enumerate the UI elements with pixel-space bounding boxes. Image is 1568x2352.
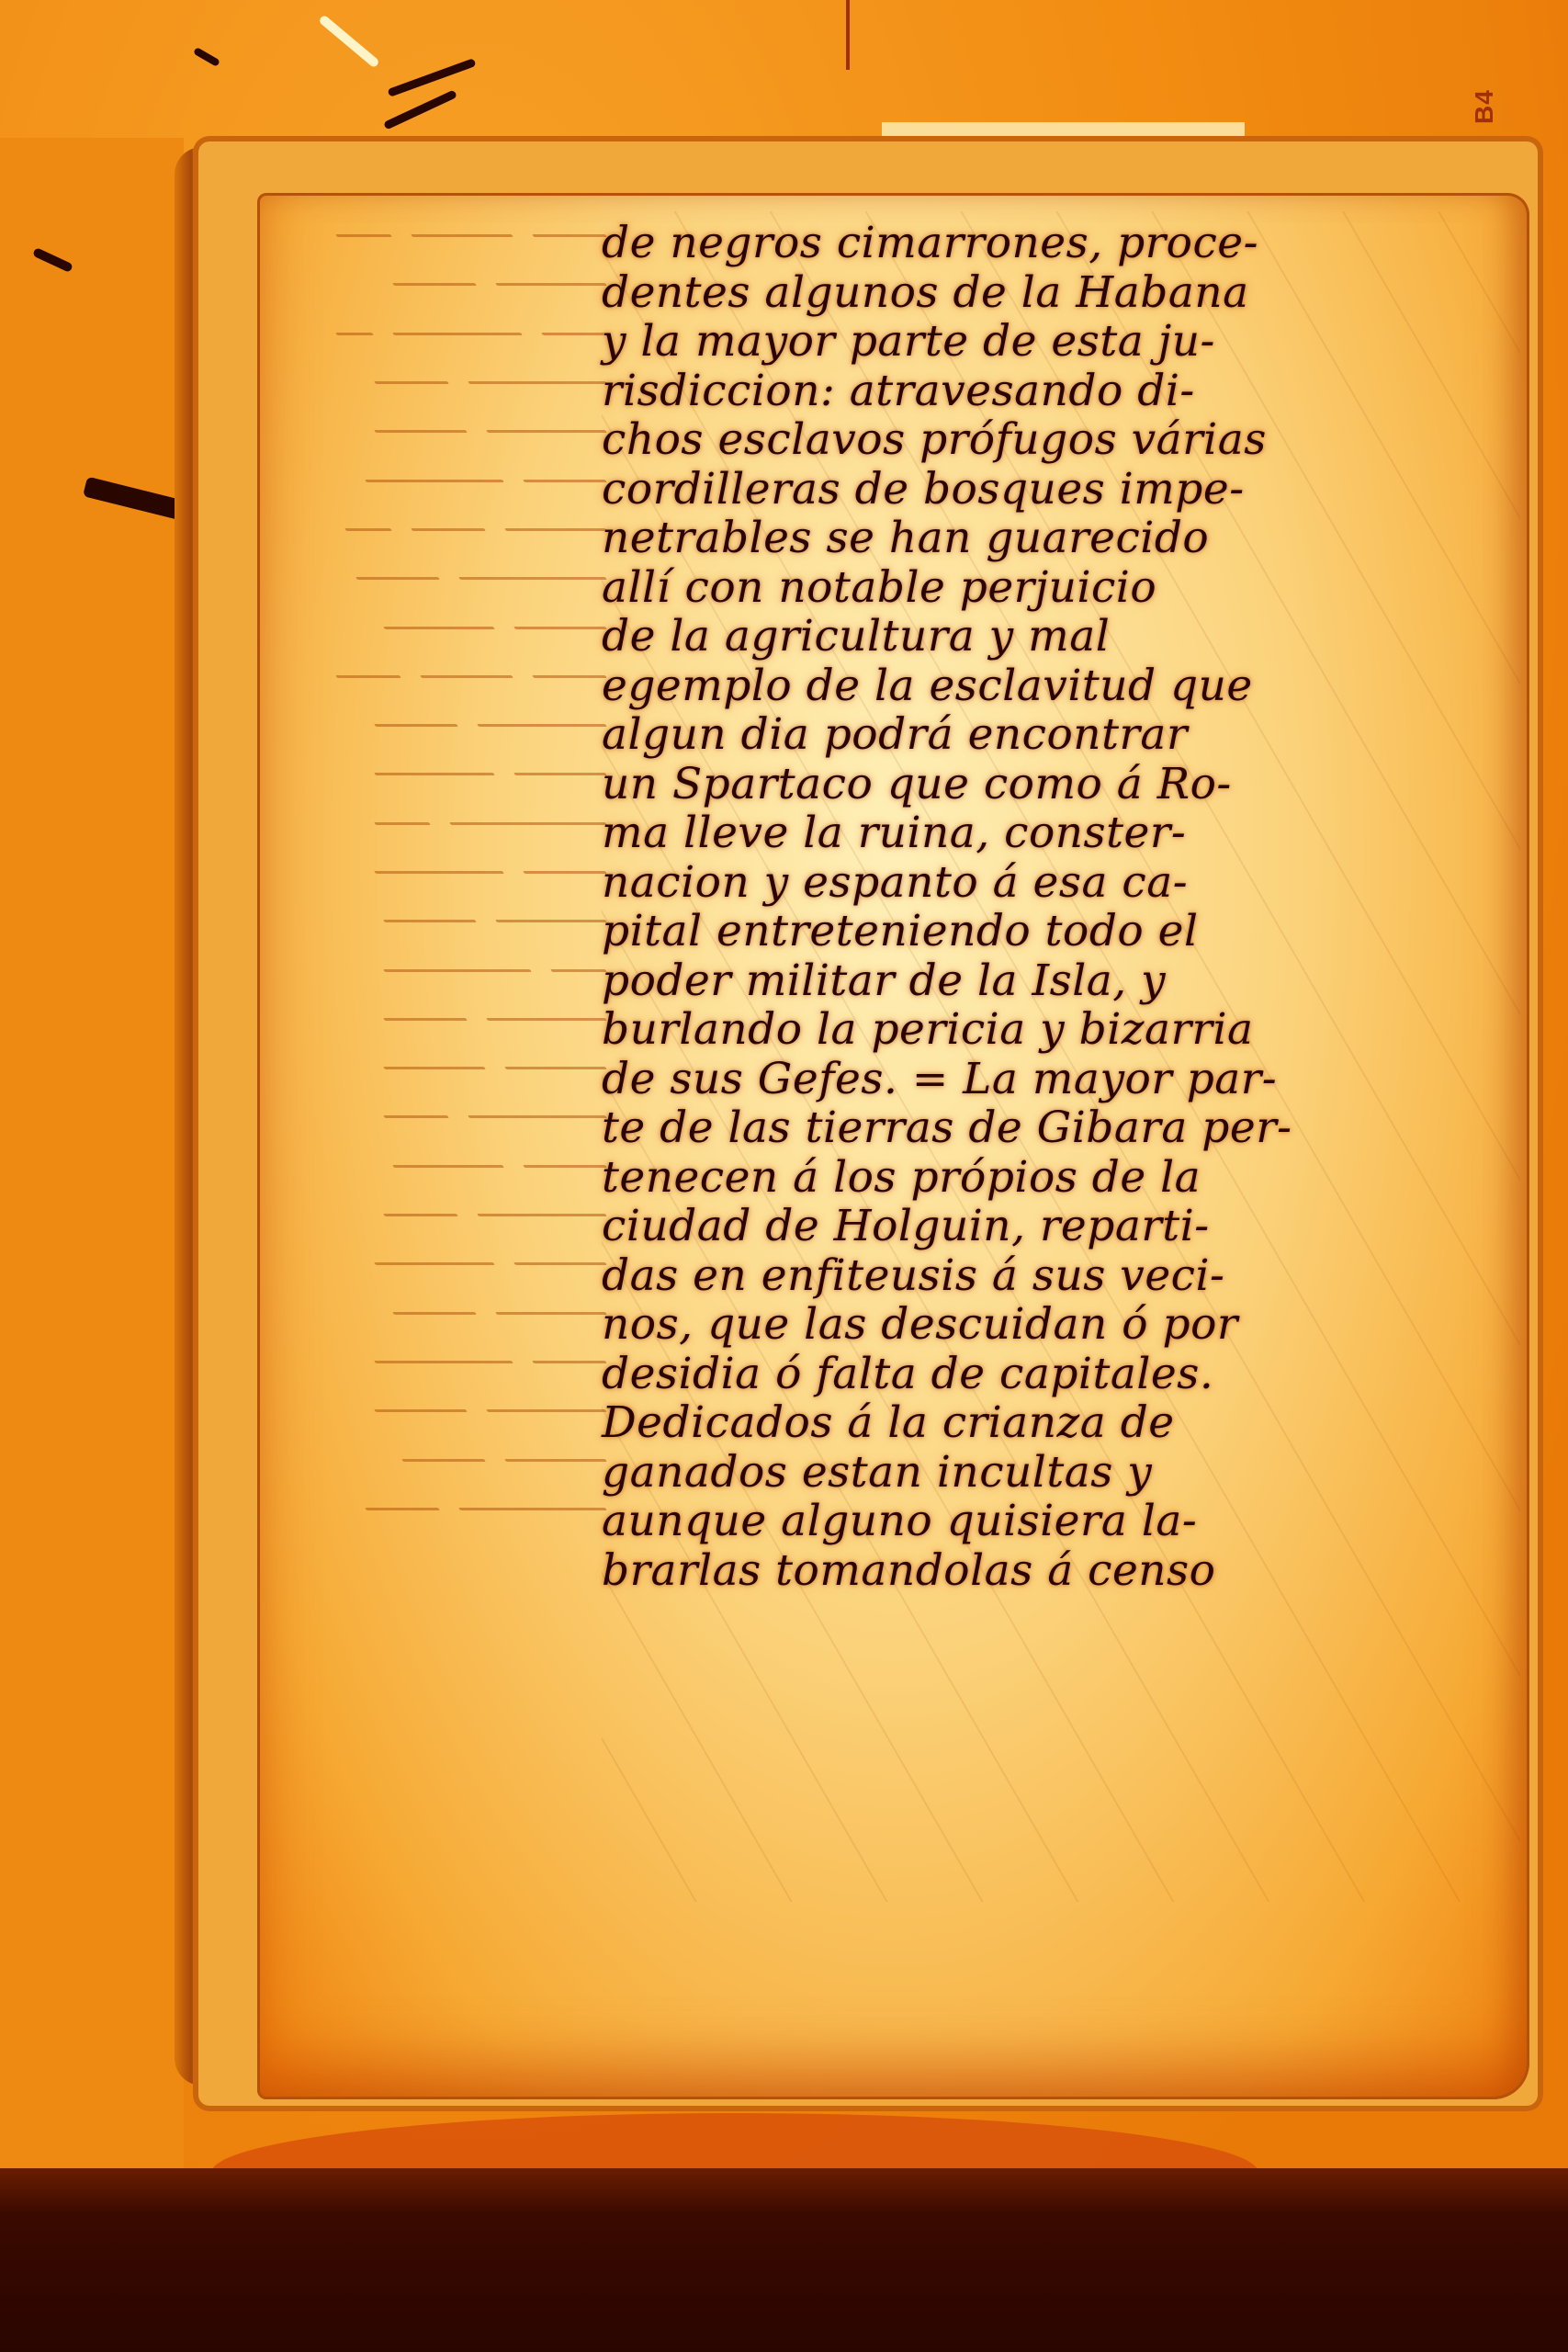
bleed-line <box>266 1142 615 1191</box>
bleed-line <box>266 652 615 701</box>
text-line: netrables se han guarecido <box>602 514 1483 563</box>
text-line: un Spartaco que como á Ro- <box>602 760 1483 809</box>
text-line: ma lleve la ruina, conster- <box>602 808 1483 858</box>
bleed-line <box>266 1191 615 1239</box>
text-line: de la agricultura y mal <box>602 612 1483 661</box>
bleed-line <box>266 358 615 407</box>
text-line: risdiccion: atravesando di- <box>602 367 1483 416</box>
text-line: aunque alguno quisiera la- <box>602 1497 1483 1546</box>
bleed-line <box>266 1435 615 1484</box>
text-line: nos, que las descuidan ó por <box>602 1300 1483 1350</box>
bleed-line <box>266 505 615 554</box>
bleed-line <box>266 310 615 358</box>
text-line: dentes algunos de la Habana <box>602 268 1483 318</box>
text-line: chos esclavos prófugos várias <box>602 415 1483 465</box>
bleed-line <box>266 848 615 897</box>
bleed-line <box>266 211 615 260</box>
bleed-line <box>266 1338 615 1386</box>
manuscript-text: de negros cimarrones, proce- dentes algu… <box>602 219 1483 1601</box>
archive-label: B4 <box>1470 89 1499 124</box>
adjacent-sheet <box>0 138 184 2168</box>
bleed-line <box>266 897 615 945</box>
text-line: nacion y espanto á esa ca- <box>602 858 1483 908</box>
text-line: egemplo de la esclavitud que <box>602 661 1483 711</box>
text-line: ciudad de Holguin, reparti- <box>602 1202 1483 1251</box>
bleed-line <box>266 1386 615 1435</box>
bleed-line <box>266 407 615 456</box>
bleed-line <box>266 260 615 309</box>
bleed-line <box>266 799 615 848</box>
text-line: burlando la pericia y bizarria <box>602 1005 1483 1055</box>
text-line: cordilleras de bosques impe- <box>602 465 1483 514</box>
text-line: y la mayor parte de esta ju- <box>602 317 1483 367</box>
text-line: algun dia podrá encontrar <box>602 710 1483 760</box>
text-line: de negros cimarrones, proce- <box>602 219 1483 268</box>
text-line: ganados estan incultas y <box>602 1448 1483 1498</box>
text-line: brarlas tomandolas á censo <box>602 1546 1483 1601</box>
bleed-line <box>266 1092 615 1141</box>
bleed-line <box>266 554 615 603</box>
text-line: das en enfiteusis á sus veci- <box>602 1251 1483 1301</box>
text-line: Dedicados á la crianza de <box>602 1398 1483 1448</box>
bleed-line <box>266 945 615 994</box>
ruler-tick-mark <box>846 0 850 70</box>
text-line: desidia ó falta de capitales. <box>602 1350 1483 1399</box>
text-line: de sus Gefes. = La mayor par- <box>602 1055 1483 1104</box>
verso-bleedthrough <box>266 211 615 1865</box>
dark-foreground <box>0 2168 1568 2352</box>
bleed-line <box>266 1485 615 1533</box>
bleed-line <box>266 456 615 504</box>
text-line: allí con notable perjuicio <box>602 563 1483 613</box>
text-line: poder militar de la Isla, y <box>602 956 1483 1006</box>
bleed-line <box>266 995 615 1044</box>
text-line: pital entreteniendo todo el <box>602 907 1483 956</box>
text-line: te de las tierras de Gibara per- <box>602 1103 1483 1153</box>
text-line: tenecen á los própios de la <box>602 1153 1483 1203</box>
bleed-line <box>266 603 615 651</box>
bleed-line <box>266 1289 615 1338</box>
bleed-line <box>266 1239 615 1288</box>
bleed-line <box>266 701 615 750</box>
bleed-line <box>266 750 615 798</box>
bleed-line <box>266 1044 615 1092</box>
